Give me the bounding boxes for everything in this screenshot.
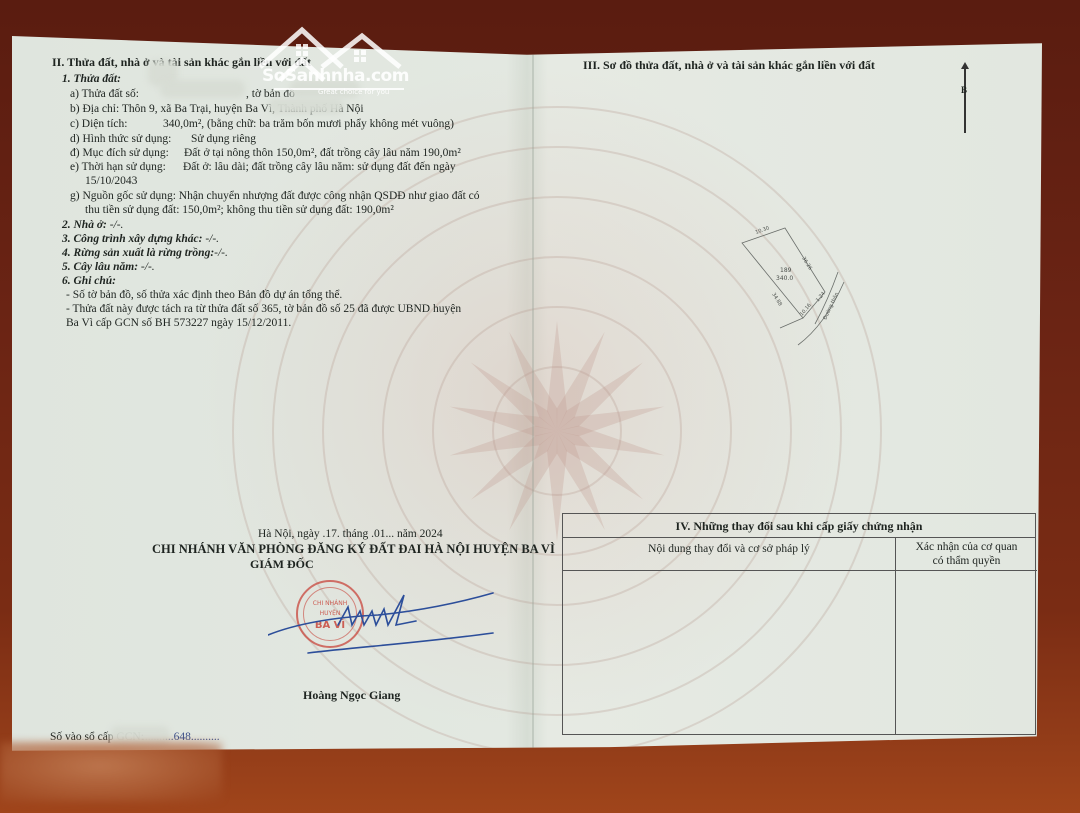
area-value: 340,0m², (bằng chữ: ba trăm bốn mươi phẩ… — [163, 117, 454, 131]
usage-purpose-value: Đất ở tại nông thôn 150,0m², đất trồng c… — [184, 146, 461, 160]
note-1: - Số tờ bản đồ, số thửa xác định theo Bả… — [66, 288, 342, 302]
origin-line-2: thu tiền sử dụng đất: 150,0m²; không thu… — [85, 203, 394, 217]
parcel-diagram: 189 340.0 10.30 36.26 34.88 10.16 1.24 Đ… — [720, 220, 850, 360]
north-arrow-icon — [964, 67, 966, 133]
page-fold — [532, 36, 534, 758]
signer-name: Hoàng Ngọc Giang — [303, 688, 400, 702]
perennial-trees-label: 5. Cây lâu năm: -/-. — [62, 260, 155, 274]
svg-text:340.0: 340.0 — [776, 275, 793, 282]
svg-text:36.26: 36.26 — [800, 256, 813, 271]
planted-forest-label: 4. Rừng sản xuất là rừng trồng:-/-. — [62, 246, 228, 260]
parcel-number-label: a) Thửa đất số: — [70, 87, 139, 101]
origin-line-1: g) Nguồn gốc sử dụng: Nhận chuyển nhượng… — [70, 189, 480, 203]
section4-title: IV. Những thay đổi sau khi cấp giấy chứn… — [563, 514, 1035, 538]
area-label: c) Diện tích: — [70, 117, 127, 131]
changes-table: IV. Những thay đổi sau khi cấp giấy chứn… — [562, 513, 1036, 735]
watermark-brand: SoSanhnha.com — [262, 66, 409, 86]
change-content-cell — [563, 571, 895, 734]
redaction — [160, 80, 245, 98]
usage-term-date: 15/10/2043 — [85, 174, 137, 188]
col-change-content: Nội dung thay đổi và cơ sở pháp lý — [563, 538, 895, 571]
usage-term-label: e) Thời hạn sử dụng: — [70, 160, 166, 174]
usage-form-label: d) Hình thức sử dụng: — [70, 132, 171, 146]
signature-scribble — [268, 585, 498, 655]
issuing-office: CHI NHÁNH VĂN PHÒNG ĐĂNG KÝ ĐẤT ĐAI HÀ N… — [152, 542, 555, 556]
usage-term-value: Đất ở: lâu dài; đất trồng cây lâu năm: s… — [183, 160, 456, 174]
note-2-line-2: Ba Vì cấp GCN số BH 573227 ngày 15/12/20… — [66, 316, 291, 330]
section3-title: III. Sơ đồ thửa đất, nhà ở và tài sản kh… — [583, 58, 875, 72]
watermark-tagline: Great choice for you — [318, 88, 389, 96]
col-authority-confirmation: Xác nhận của cơ quan có thẩm quyền — [895, 538, 1037, 571]
north-label: B — [961, 85, 967, 95]
notes-heading: 6. Ghi chú: — [62, 274, 116, 288]
director-title: GIÁM ĐỐC — [250, 557, 314, 571]
house-label: 2. Nhà ở: -/-. — [62, 218, 123, 232]
confirmation-cell — [895, 571, 1037, 734]
parcel-heading: 1. Thửa đất: — [62, 72, 121, 86]
svg-text:1.24: 1.24 — [815, 291, 827, 303]
usage-purpose-label: đ) Mục đích sử dụng: — [70, 146, 169, 160]
svg-text:189: 189 — [780, 267, 792, 274]
usage-form-value: Sử dụng riêng — [191, 132, 256, 146]
other-construction-label: 3. Công trình xây dựng khác: -/-. — [62, 232, 219, 246]
svg-text:34.88: 34.88 — [770, 292, 783, 307]
note-2-line-1: - Thửa đất này được tách ra từ thửa đất … — [66, 302, 461, 316]
redaction-smudge — [0, 742, 222, 802]
issue-date: Hà Nội, ngày .17. tháng .01... năm 2024 — [258, 527, 443, 541]
